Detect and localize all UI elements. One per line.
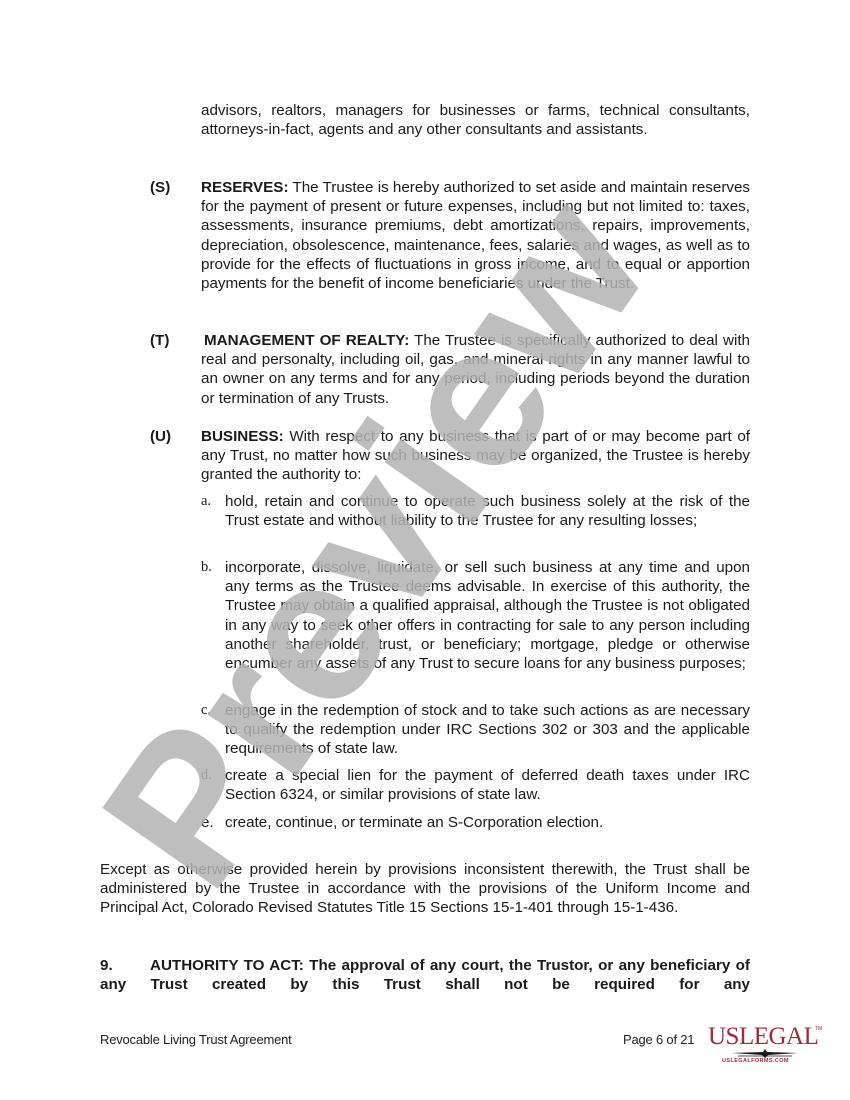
intro-continuation: advisors, realtors, managers for busines… [201, 101, 750, 139]
item-d: create a special lien for the payment of… [225, 766, 750, 804]
closing-paragraph: Except as otherwise provided herein by p… [100, 860, 750, 918]
section-heading: RESERVES: [201, 179, 289, 196]
section-heading: BUSINESS: [201, 428, 284, 445]
section-heading: MANAGEMENT OF REALTY: [204, 332, 409, 349]
document-page: advisors, realtors, managers for busines… [0, 0, 850, 1100]
logo-url: USLEGALFORMS.COM [722, 1058, 789, 1064]
preview-watermark: Preview [0, 0, 850, 1100]
item-label-a: a. [201, 492, 211, 511]
uslegal-logo[interactable]: USLEGAL TM USLEGALFORMS.COM [708, 1024, 823, 1068]
item-b: incorporate, dissolve, liquidate, or sel… [225, 558, 750, 673]
logo-wordmark: USLEGAL [708, 1024, 818, 1050]
article-9: 9.AUTHORITY TO ACT: The approval of any … [100, 956, 750, 994]
section-u-business: BUSINESS: With respect to any business t… [201, 427, 750, 485]
footer-document-title: Revocable Living Trust Agreement [100, 1032, 292, 1047]
item-label-e: e. [201, 813, 214, 832]
article-number: 9. [100, 956, 150, 975]
item-c: engage in the redemption of stock and to… [225, 701, 750, 759]
item-label-c: c. [201, 701, 211, 720]
article-text: AUTHORITY TO ACT: The approval of any co… [100, 957, 750, 993]
item-a: hold, retain and continue to operate suc… [225, 492, 750, 530]
section-body: With respect to any business that is par… [201, 428, 750, 483]
section-label-t: (T) [150, 331, 169, 350]
section-s-reserves: RESERVES: The Trustee is hereby authoriz… [201, 178, 750, 293]
item-e: create, continue, or terminate an S-Corp… [225, 813, 750, 832]
section-label-s: (S) [150, 178, 170, 197]
logo-trademark: TM [815, 1026, 822, 1032]
item-label-b: b. [201, 558, 212, 577]
section-t-management-of-realty: MANAGEMENT OF REALTY: The Trustee is spe… [201, 331, 750, 408]
footer-page-number: Page 6 of 21 [623, 1032, 694, 1047]
item-label-d: d. [201, 766, 212, 785]
section-label-u: (U) [150, 427, 171, 446]
